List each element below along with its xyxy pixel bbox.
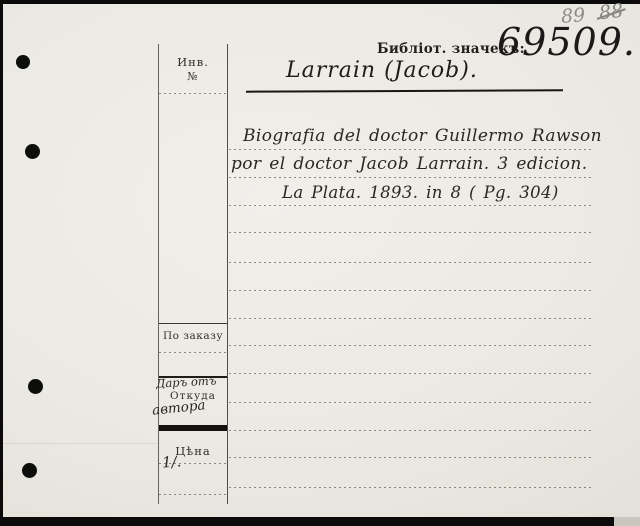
scan-edge-bottom — [0, 517, 614, 526]
ruled-line — [229, 457, 592, 458]
ruled-line — [229, 177, 592, 178]
ruled-line — [229, 149, 592, 150]
order-box-top-rule — [159, 323, 227, 324]
inventory-underline — [159, 93, 227, 94]
punch-hole-3 — [28, 379, 43, 394]
price-box-top-rule — [159, 425, 227, 431]
scanned-catalog-card: Инв. № По заказу Откуда Цѣна Даръ отъ ав… — [0, 0, 640, 526]
punch-hole-4 — [22, 463, 37, 478]
ruled-line — [229, 232, 592, 233]
card-title-author: Larrain (Jacob). — [286, 58, 478, 83]
order-label: По заказу — [156, 330, 230, 342]
punch-hole-1 — [16, 55, 30, 69]
price-handwritten-value: 1/. — [161, 452, 182, 471]
column-right-rule — [227, 44, 228, 504]
under-card-edge — [3, 443, 156, 444]
ruled-line — [229, 487, 592, 488]
scan-edge-left — [0, 0, 3, 526]
body-line-3: La Plata. 1893. in 8 ( Pg. 304) — [282, 183, 559, 202]
inventory-label-line1: Инв. — [158, 55, 228, 69]
column-left-rule — [158, 44, 159, 504]
pencil-number-crossed-out: 88 — [598, 0, 625, 24]
body-line-1: Biografia del doctor Guillermo Rawson — [243, 126, 602, 146]
pencil-number: 89 — [560, 4, 586, 28]
body-line-2: por el doctor Jacob Larrain. 3 edicion. — [231, 154, 588, 174]
scan-edge-top — [0, 0, 640, 4]
ruled-line — [229, 205, 592, 206]
ruled-line — [229, 373, 592, 374]
ruled-line — [229, 430, 592, 431]
order-underline — [159, 352, 227, 353]
punch-hole-2 — [25, 144, 40, 159]
scan-corner-bottom-right — [614, 517, 640, 526]
ruled-line — [229, 290, 592, 291]
ruled-line — [229, 262, 592, 263]
inventory-label-line2: № — [158, 70, 228, 83]
ruled-line — [229, 402, 592, 403]
column-bottom-dotted-rule — [159, 494, 227, 495]
ruled-line — [229, 345, 592, 346]
ruled-line — [229, 318, 592, 319]
